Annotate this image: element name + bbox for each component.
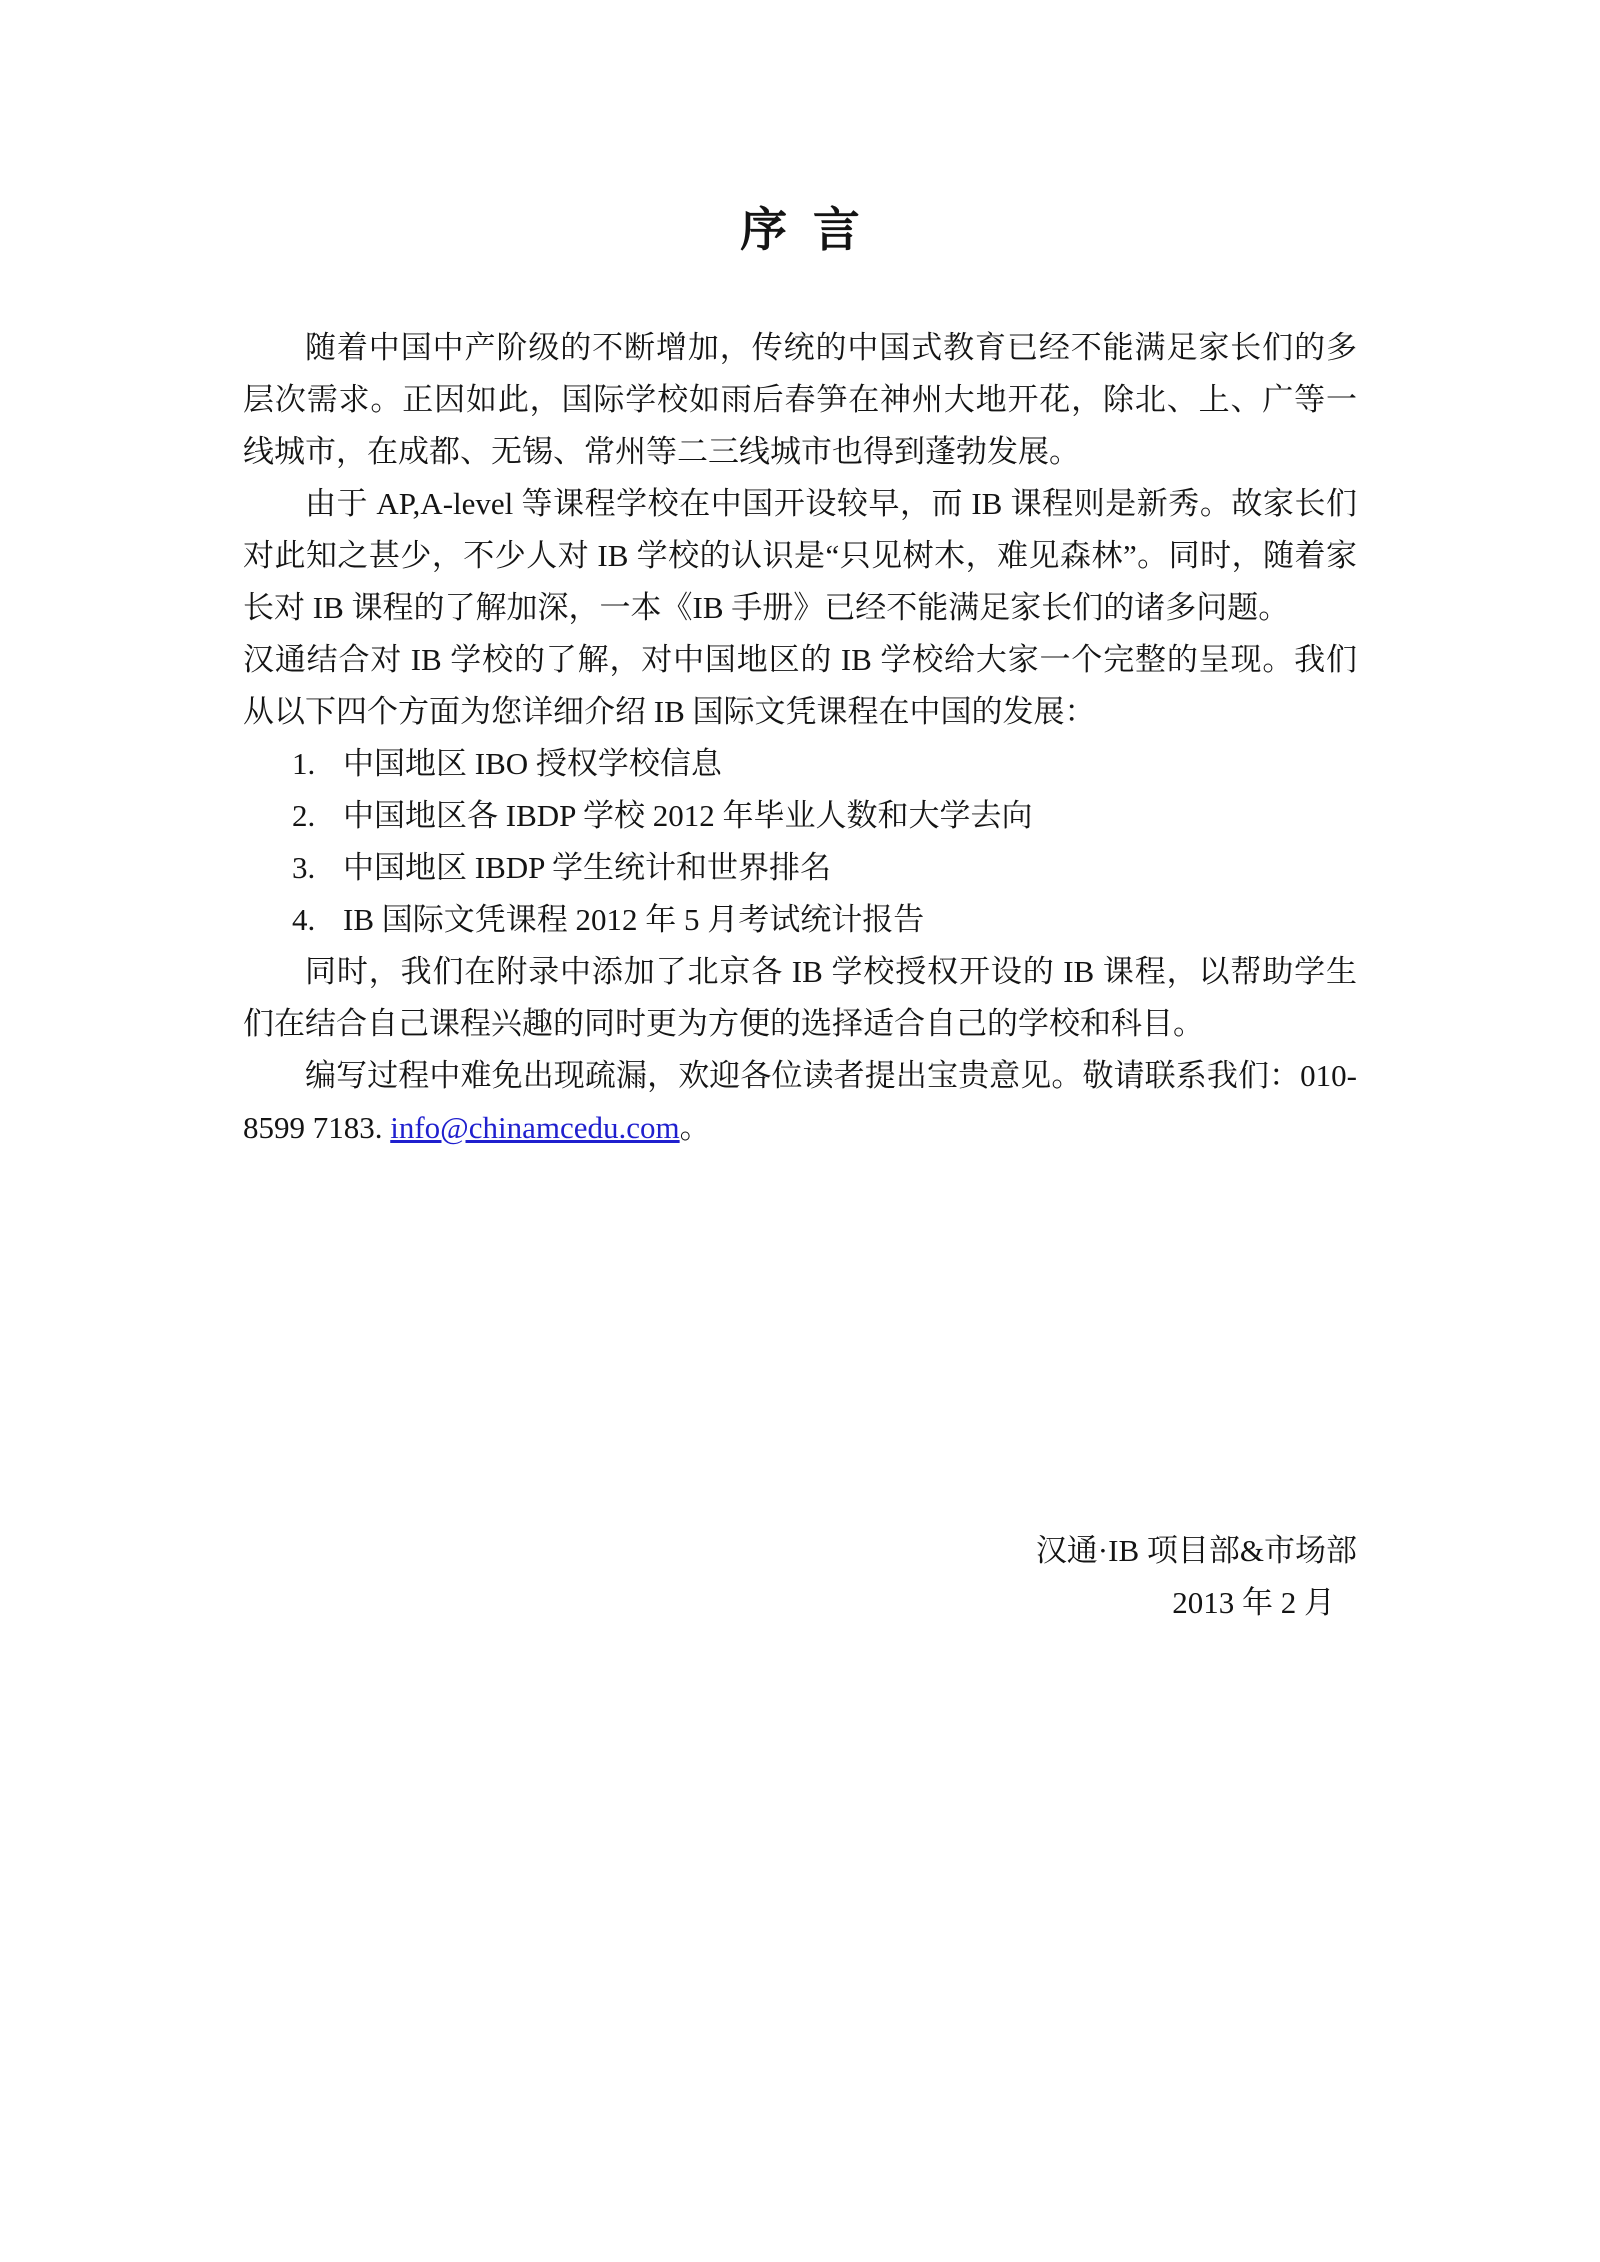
list-item-number: 2. (292, 790, 343, 842)
list-item: 1. 中国地区 IBO 授权学校信息 (243, 738, 1357, 790)
paragraph-hantong-overview: 汉通结合对 IB 学校的了解，对中国地区的 IB 学校给大家一个完整的呈现。我们… (243, 634, 1357, 738)
paragraph-contact: 编写过程中难免出现疏漏，欢迎各位读者提出宝贵意见。敬请联系我们：010-8599… (243, 1050, 1357, 1154)
list-item-number: 4. (292, 894, 343, 946)
email-link[interactable]: info@chinamcedu.com (390, 1110, 679, 1145)
document-page: 序 言 随着中国中产阶级的不断增加，传统的中国式教育已经不能满足家长们的多层次需… (0, 0, 1600, 2262)
page-title: 序 言 (0, 205, 1600, 257)
list-item-text: 中国地区 IBDP 学生统计和世界排名 (343, 842, 1357, 894)
contact-text: 编写过程中难免出现疏漏，欢迎各位读者提出宝贵意见。敬请联系我们： (305, 1058, 1300, 1093)
numbered-list: 1. 中国地区 IBO 授权学校信息 2. 中国地区各 IBDP 学校 2012… (243, 738, 1357, 946)
list-item: 3. 中国地区 IBDP 学生统计和世界排名 (243, 842, 1357, 894)
list-item: 4. IB 国际文凭课程 2012 年 5 月考试统计报告 (243, 894, 1357, 946)
list-item-text: IB 国际文凭课程 2012 年 5 月考试统计报告 (343, 894, 1357, 946)
list-item: 2. 中国地区各 IBDP 学校 2012 年毕业人数和大学去向 (243, 790, 1357, 842)
list-item-text: 中国地区各 IBDP 学校 2012 年毕业人数和大学去向 (343, 790, 1357, 842)
list-item-text: 中国地区 IBO 授权学校信息 (343, 738, 1357, 790)
document-body: 随着中国中产阶级的不断增加，传统的中国式教育已经不能满足家长们的多层次需求。正因… (243, 322, 1357, 1629)
paragraph-ap-alevel: 由于 AP,A-level 等课程学校在中国开设较早，而 IB 课程则是新秀。故… (243, 478, 1357, 634)
contact-text-period: 。 (680, 1110, 711, 1145)
signature-department: 汉通·IB 项目部&市场部 (243, 1525, 1357, 1577)
paragraph-appendix: 同时，我们在附录中添加了北京各 IB 学校授权开设的 IB 课程，以帮助学生们在… (243, 946, 1357, 1050)
paragraph-intro: 随着中国中产阶级的不断增加，传统的中国式教育已经不能满足家长们的多层次需求。正因… (243, 322, 1357, 478)
list-item-number: 3. (292, 842, 343, 894)
signature-block: 汉通·IB 项目部&市场部 2013 年 2 月 (243, 1525, 1357, 1629)
list-item-number: 1. (292, 738, 343, 790)
signature-date: 2013 年 2 月 (243, 1577, 1357, 1629)
